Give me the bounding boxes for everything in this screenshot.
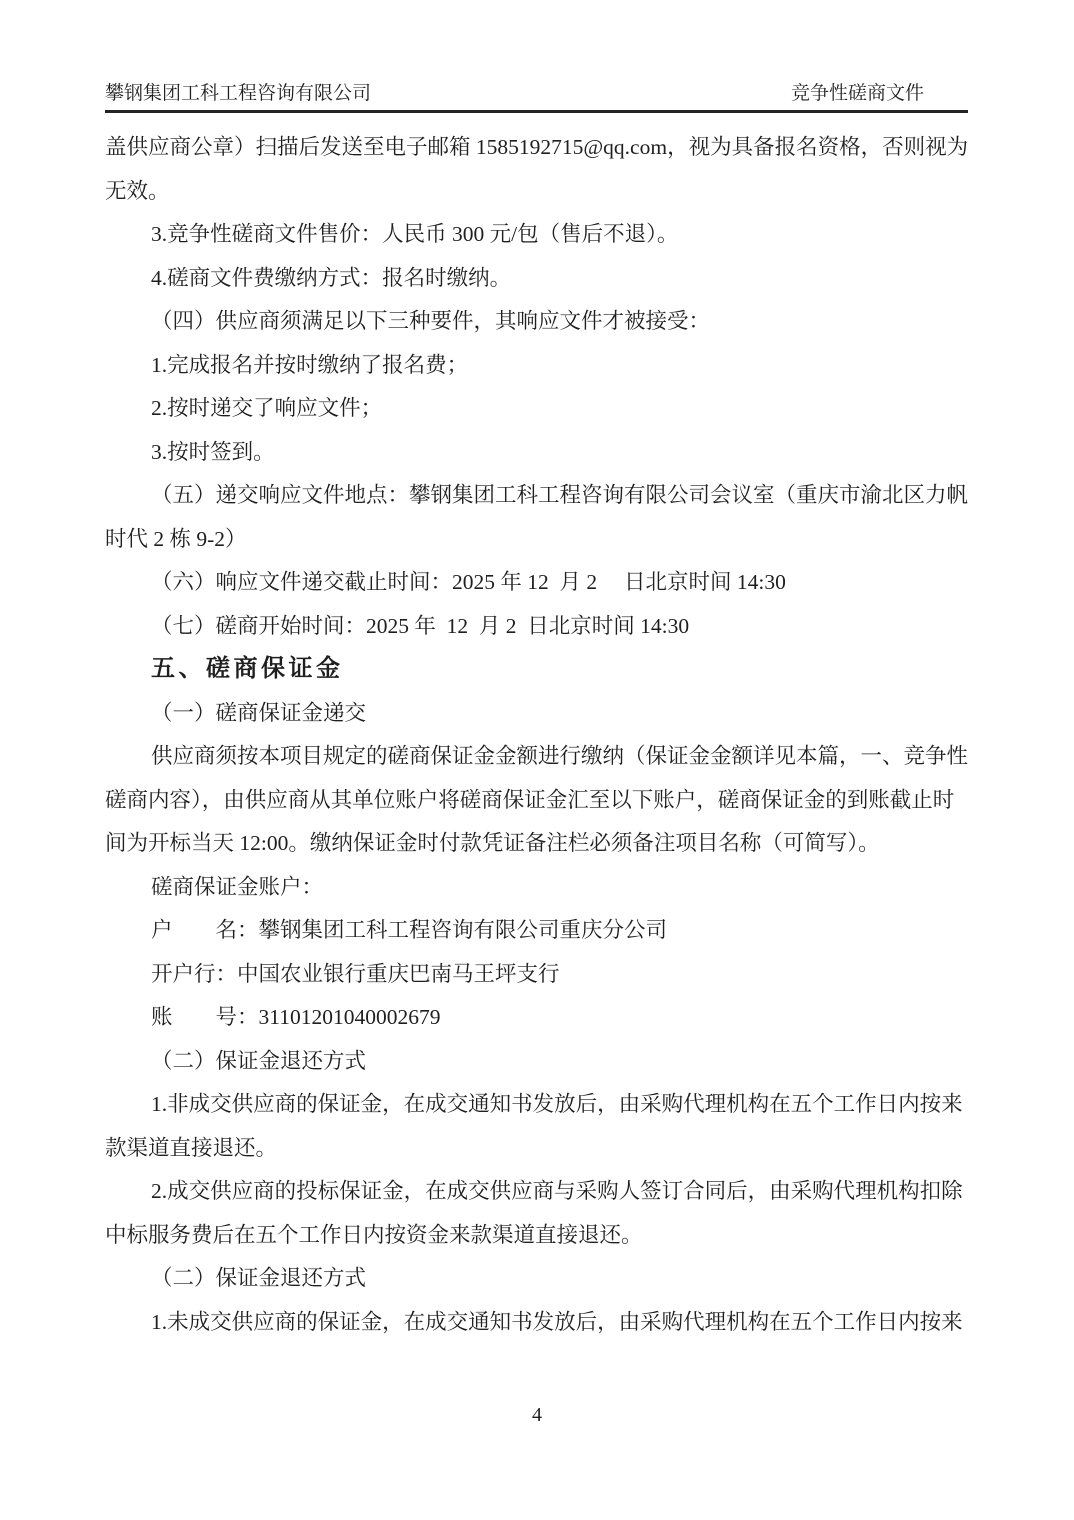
- document-body: 盖供应商公章）扫描后发送至电子邮箱 1585192715@qq.com，视为具备…: [105, 126, 985, 1344]
- account-number-line: 账 号：31101201040002679: [105, 996, 985, 1040]
- text-line: 1.非成交供应商的保证金，在成交通知书发放后，由采购代理机构在五个工作日内按来: [105, 1083, 985, 1127]
- text-line: 3.竞争性磋商文件售价：人民币 300 元/包（售后不退）。: [105, 213, 985, 257]
- text-line: 4.磋商文件费缴纳方式：报名时缴纳。: [105, 257, 985, 301]
- text-line: 2.按时递交了响应文件；: [105, 387, 985, 431]
- start-time-line: （七）磋商开始时间：2025 年 12 月 2 日北京时间 14:30: [105, 605, 985, 649]
- header-company-name: 攀钢集团工科工程咨询有限公司: [105, 82, 371, 106]
- text-line: 3.按时签到。: [105, 431, 985, 475]
- section-heading-deposit: 五、磋商保证金: [105, 648, 985, 692]
- text-line: 磋商内容），由供应商从其单位账户将磋商保证金汇至以下账户，磋商保证金的到账截止时: [105, 779, 985, 823]
- deadline-line: （六）响应文件递交截止时间：2025 年 12 月 2 日北京时间 14:30: [105, 561, 985, 605]
- subsection-heading: （二）保证金退还方式: [105, 1040, 985, 1084]
- page-number: 4: [0, 1400, 1074, 1430]
- text-line: 中标服务费后在五个工作日内按资金来款渠道直接退还。: [105, 1214, 985, 1258]
- text-line: 款渠道直接退还。: [105, 1127, 985, 1171]
- header-rule: [105, 110, 968, 113]
- account-name-line: 户 名：攀钢集团工科工程咨询有限公司重庆分公司: [105, 909, 985, 953]
- document-page: 攀钢集团工科工程咨询有限公司 竞争性磋商文件 盖供应商公章）扫描后发送至电子邮箱…: [0, 0, 1074, 1520]
- text-line: 无效。: [105, 170, 985, 214]
- text-line: （四）供应商须满足以下三种要件，其响应文件才被接受：: [105, 300, 985, 344]
- text-line: 盖供应商公章）扫描后发送至电子邮箱 1585192715@qq.com，视为具备…: [105, 126, 985, 170]
- text-line: 1.未成交供应商的保证金，在成交通知书发放后，由采购代理机构在五个工作日内按来: [105, 1301, 985, 1345]
- text-line: 2.成交供应商的投标保证金，在成交供应商与采购人签订合同后，由采购代理机构扣除: [105, 1170, 985, 1214]
- text-line: 间为开标当天 12:00。缴纳保证金时付款凭证备注栏必须备注项目名称（可简写）。: [105, 822, 985, 866]
- page-header: 攀钢集团工科工程咨询有限公司 竞争性磋商文件: [105, 82, 968, 106]
- text-line: （五）递交响应文件地点：攀钢集团工科工程咨询有限公司会议室（重庆市渝北区力帆: [105, 474, 985, 518]
- header-document-type: 竞争性磋商文件: [791, 82, 924, 106]
- bank-name-line: 开户行：中国农业银行重庆巴南马王坪支行: [105, 953, 985, 997]
- subsection-heading: （一）磋商保证金递交: [105, 692, 985, 736]
- text-line: 供应商须按本项目规定的磋商保证金金额进行缴纳（保证金金额详见本篇，一、竞争性: [105, 735, 985, 779]
- account-section-label: 磋商保证金账户：: [105, 866, 985, 910]
- text-line: 时代 2 栋 9-2）: [105, 518, 985, 562]
- subsection-heading: （二）保证金退还方式: [105, 1257, 985, 1301]
- text-line: 1.完成报名并按时缴纳了报名费；: [105, 344, 985, 388]
